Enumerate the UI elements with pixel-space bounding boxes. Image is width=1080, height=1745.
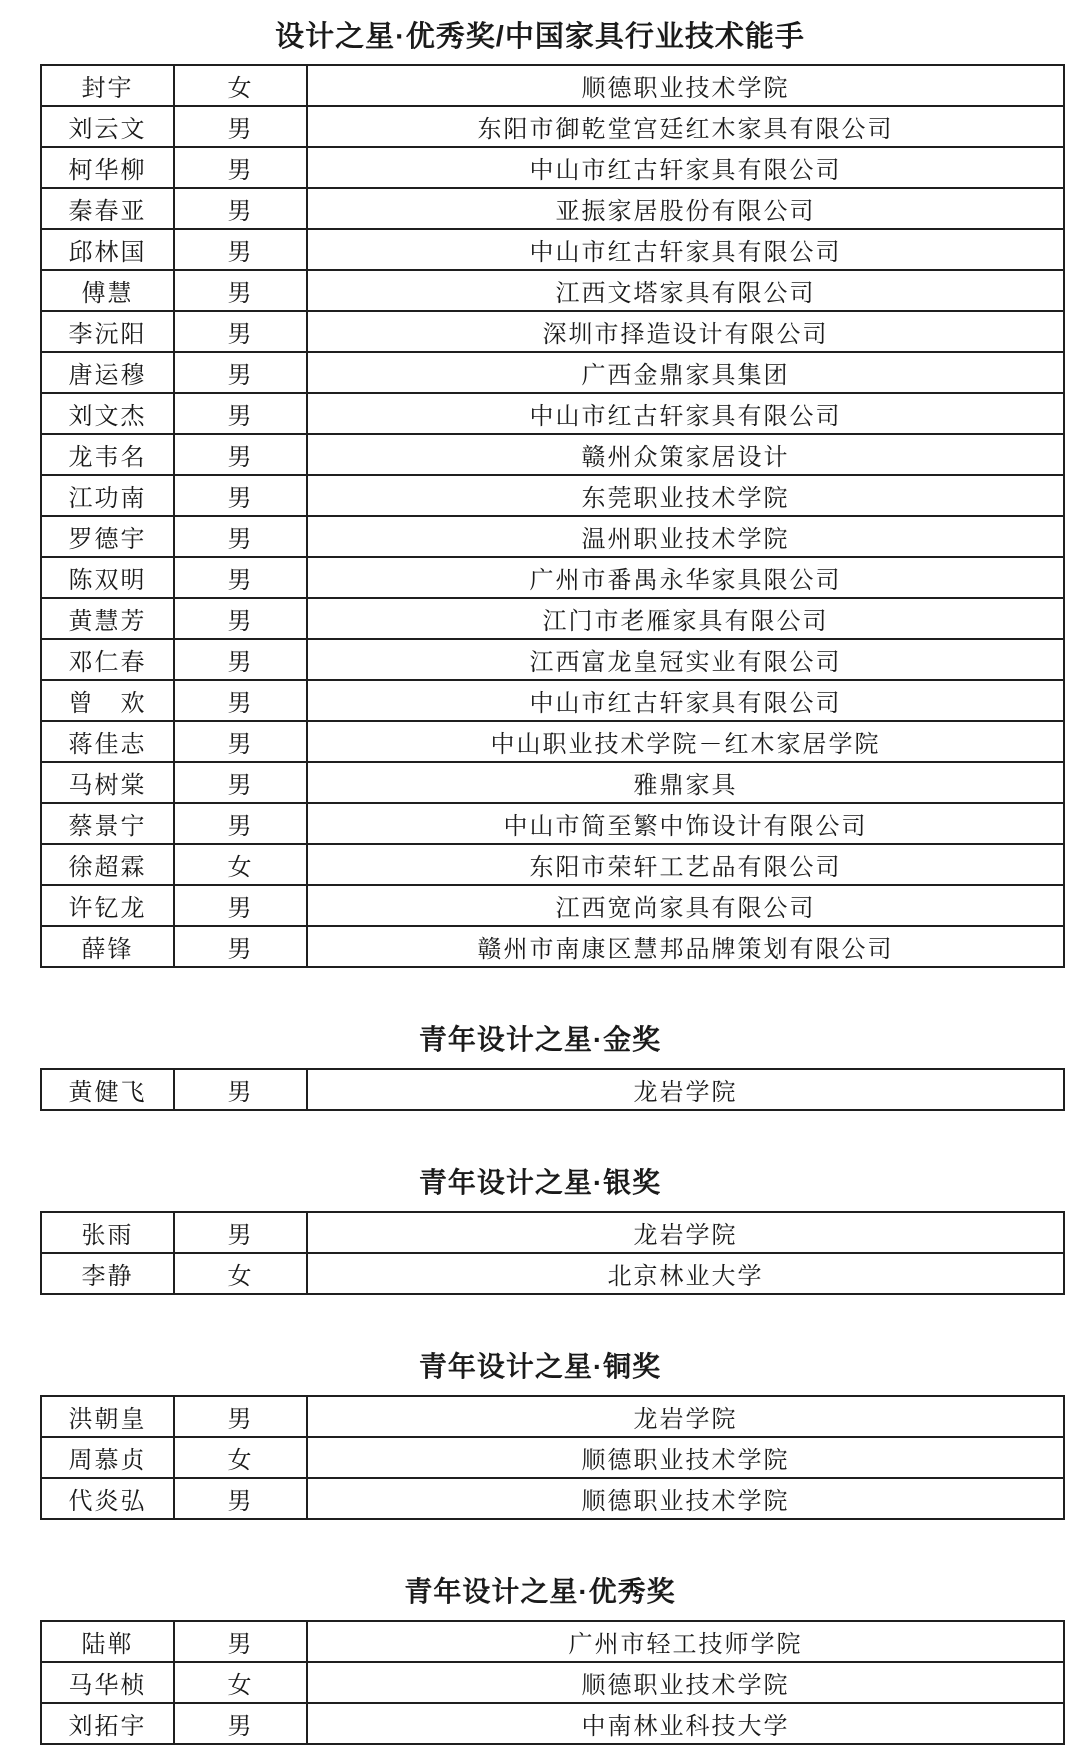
winners-table-youth-silver: 张雨男龙岩学院李静女北京林业大学 [40,1211,1065,1295]
table-row: 秦春亚男亚振家居股份有限公司 [41,188,1064,229]
organization-cell: 赣州市南康区慧邦品牌策划有限公司 [307,926,1064,967]
organization-cell: 龙岩学院 [307,1069,1064,1110]
gender-cell: 男 [174,1212,307,1253]
gender-cell: 男 [174,393,307,434]
name-cell: 陈双明 [41,557,174,598]
table-row: 柯华柳男中山市红古轩家具有限公司 [41,147,1064,188]
organization-cell: 顺德职业技术学院 [307,1437,1064,1478]
gender-cell: 男 [174,680,307,721]
winners-table-design-star-excellence: 封宇女顺德职业技术学院刘云文男东阳市御乾堂宫廷红木家具有限公司柯华柳男中山市红古… [40,64,1065,968]
name-cell: 秦春亚 [41,188,174,229]
gender-cell: 男 [174,1396,307,1437]
gender-cell: 男 [174,270,307,311]
name-cell: 周慕贞 [41,1437,174,1478]
table-row: 陆郸男广州市轻工技师学院 [41,1621,1064,1662]
organization-cell: 龙岩学院 [307,1396,1064,1437]
gender-cell: 男 [174,639,307,680]
gender-cell: 男 [174,721,307,762]
table-row: 洪朝皇男龙岩学院 [41,1396,1064,1437]
table-row: 薛锋男赣州市南康区慧邦品牌策划有限公司 [41,926,1064,967]
table-row: 陈双明男广州市番禺永华家具限公司 [41,557,1064,598]
name-cell: 徐超霖 [41,844,174,885]
gender-cell: 男 [174,475,307,516]
organization-cell: 江西宽尚家具有限公司 [307,885,1064,926]
organization-cell: 广州市番禺永华家具限公司 [307,557,1064,598]
gender-cell: 男 [174,885,307,926]
winners-table-youth-excellence: 陆郸男广州市轻工技师学院马华桢女顺德职业技术学院刘拓宇男中南林业科技大学 [40,1620,1065,1745]
organization-cell: 江门市老雁家具有限公司 [307,598,1064,639]
organization-cell: 中山市红古轩家具有限公司 [307,680,1064,721]
organization-cell: 广西金鼎家具集团 [307,352,1064,393]
name-cell: 陆郸 [41,1621,174,1662]
organization-cell: 深圳市择造设计有限公司 [307,311,1064,352]
organization-cell: 东阳市御乾堂宫廷红木家具有限公司 [307,106,1064,147]
organization-cell: 中山职业技术学院－红木家居学院 [307,721,1064,762]
name-cell: 刘文杰 [41,393,174,434]
organization-cell: 江西富龙皇冠实业有限公司 [307,639,1064,680]
name-cell: 罗德宇 [41,516,174,557]
name-cell: 曾 欢 [41,680,174,721]
gender-cell: 女 [174,1437,307,1478]
name-cell: 江功南 [41,475,174,516]
organization-cell: 北京林业大学 [307,1253,1064,1294]
gender-cell: 男 [174,803,307,844]
section-title-youth-excellence: 青年设计之星·优秀奖 [0,1570,1080,1610]
gender-cell: 男 [174,516,307,557]
organization-cell: 中山市简至繁中饰设计有限公司 [307,803,1064,844]
name-cell: 邱林国 [41,229,174,270]
gender-cell: 女 [174,844,307,885]
table-row: 许钇龙男江西宽尚家具有限公司 [41,885,1064,926]
organization-cell: 温州职业技术学院 [307,516,1064,557]
name-cell: 李沅阳 [41,311,174,352]
name-cell: 马华桢 [41,1662,174,1703]
gender-cell: 女 [174,1253,307,1294]
gender-cell: 男 [174,188,307,229]
organization-cell: 中山市红古轩家具有限公司 [307,147,1064,188]
name-cell: 许钇龙 [41,885,174,926]
section-title-design-star-excellence: 设计之星·优秀奖/中国家具行业技术能手 [0,14,1080,55]
gender-cell: 男 [174,229,307,270]
gender-cell: 男 [174,557,307,598]
table-row: 唐运穆男广西金鼎家具集团 [41,352,1064,393]
name-cell: 蒋佳志 [41,721,174,762]
gender-cell: 男 [174,1478,307,1519]
name-cell: 黄健飞 [41,1069,174,1110]
winners-table-youth-gold: 黄健飞男龙岩学院 [40,1068,1065,1111]
table-row: 马华桢女顺德职业技术学院 [41,1662,1064,1703]
organization-cell: 雅鼎家具 [307,762,1064,803]
organization-cell: 顺德职业技术学院 [307,1478,1064,1519]
name-cell: 薛锋 [41,926,174,967]
name-cell: 邓仁春 [41,639,174,680]
name-cell: 封宇 [41,65,174,106]
table-row: 刘拓宇男中南林业科技大学 [41,1703,1064,1744]
organization-cell: 广州市轻工技师学院 [307,1621,1064,1662]
gender-cell: 男 [174,598,307,639]
organization-cell: 顺德职业技术学院 [307,1662,1064,1703]
name-cell: 傅慧 [41,270,174,311]
organization-cell: 赣州众策家居设计 [307,434,1064,475]
organization-cell: 中南林业科技大学 [307,1703,1064,1744]
table-row: 蔡景宁男中山市简至繁中饰设计有限公司 [41,803,1064,844]
name-cell: 刘云文 [41,106,174,147]
name-cell: 张雨 [41,1212,174,1253]
gender-cell: 男 [174,1621,307,1662]
table-row: 李沅阳男深圳市择造设计有限公司 [41,311,1064,352]
table-row: 邱林国男中山市红古轩家具有限公司 [41,229,1064,270]
organization-cell: 亚振家居股份有限公司 [307,188,1064,229]
table-row: 刘云文男东阳市御乾堂宫廷红木家具有限公司 [41,106,1064,147]
gender-cell: 男 [174,434,307,475]
gender-cell: 男 [174,352,307,393]
gender-cell: 男 [174,147,307,188]
name-cell: 唐运穆 [41,352,174,393]
table-row: 龙韦名男赣州众策家居设计 [41,434,1064,475]
name-cell: 刘拓宇 [41,1703,174,1744]
section-title-youth-silver: 青年设计之星·银奖 [0,1161,1080,1201]
winners-table-youth-bronze: 洪朝皇男龙岩学院周慕贞女顺德职业技术学院代炎弘男顺德职业技术学院 [40,1395,1065,1520]
gender-cell: 女 [174,65,307,106]
name-cell: 黄慧芳 [41,598,174,639]
organization-cell: 江西文塔家具有限公司 [307,270,1064,311]
table-row: 傅慧男江西文塔家具有限公司 [41,270,1064,311]
gender-cell: 男 [174,106,307,147]
section-title-youth-bronze: 青年设计之星·铜奖 [0,1345,1080,1385]
award-document: 设计之星·优秀奖/中国家具行业技术能手 封宇女顺德职业技术学院刘云文男东阳市御乾… [0,0,1080,1745]
table-row: 黄慧芳男江门市老雁家具有限公司 [41,598,1064,639]
gender-cell: 男 [174,762,307,803]
gender-cell: 女 [174,1662,307,1703]
table-row: 江功南男东莞职业技术学院 [41,475,1064,516]
table-row: 曾 欢男中山市红古轩家具有限公司 [41,680,1064,721]
table-row: 蒋佳志男中山职业技术学院－红木家居学院 [41,721,1064,762]
organization-cell: 东莞职业技术学院 [307,475,1064,516]
table-row: 李静女北京林业大学 [41,1253,1064,1294]
gender-cell: 男 [174,1703,307,1744]
table-row: 刘文杰男中山市红古轩家具有限公司 [41,393,1064,434]
table-row: 邓仁春男江西富龙皇冠实业有限公司 [41,639,1064,680]
table-row: 徐超霖女东阳市荣轩工艺品有限公司 [41,844,1064,885]
name-cell: 柯华柳 [41,147,174,188]
table-row: 黄健飞男龙岩学院 [41,1069,1064,1110]
table-row: 罗德宇男温州职业技术学院 [41,516,1064,557]
gender-cell: 男 [174,1069,307,1110]
table-row: 封宇女顺德职业技术学院 [41,65,1064,106]
name-cell: 蔡景宁 [41,803,174,844]
section-title-youth-gold: 青年设计之星·金奖 [0,1018,1080,1058]
organization-cell: 顺德职业技术学院 [307,65,1064,106]
table-row: 马树棠男雅鼎家具 [41,762,1064,803]
name-cell: 李静 [41,1253,174,1294]
table-row: 周慕贞女顺德职业技术学院 [41,1437,1064,1478]
table-row: 代炎弘男顺德职业技术学院 [41,1478,1064,1519]
name-cell: 龙韦名 [41,434,174,475]
name-cell: 洪朝皇 [41,1396,174,1437]
name-cell: 马树棠 [41,762,174,803]
gender-cell: 男 [174,311,307,352]
organization-cell: 中山市红古轩家具有限公司 [307,393,1064,434]
gender-cell: 男 [174,926,307,967]
name-cell: 代炎弘 [41,1478,174,1519]
organization-cell: 龙岩学院 [307,1212,1064,1253]
organization-cell: 东阳市荣轩工艺品有限公司 [307,844,1064,885]
organization-cell: 中山市红古轩家具有限公司 [307,229,1064,270]
table-row: 张雨男龙岩学院 [41,1212,1064,1253]
